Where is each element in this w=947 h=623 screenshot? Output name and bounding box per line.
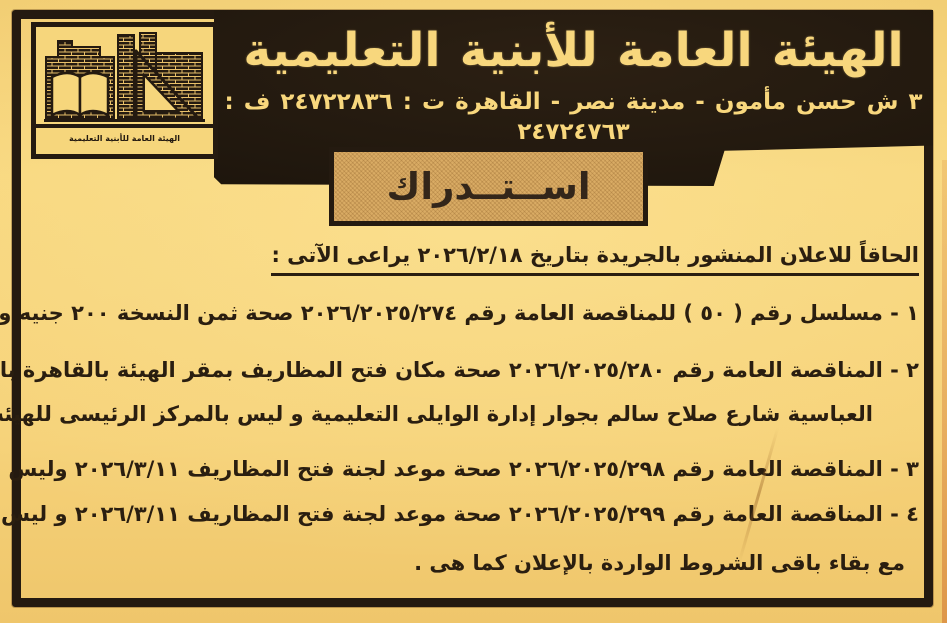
open-book-icon [52,73,108,115]
notice-item-1: ١ - مسلسل رقم ( ٥٠ ) للمناقصة العامة رقم… [0,301,919,325]
authority-logo: الهيئة العامة للأبنية التعليمية [31,22,218,159]
notice-item-3: ٣ - المناقصة العامة رقم ٢٠٢٦/٢٠٢٥/٢٩٨ صح… [0,457,919,481]
newspaper-ad: الهيئة العامة للأبنية التعليمية ٣ ش حسن … [0,0,947,623]
correction-title-box: اســتــدراك [329,147,648,226]
authority-title: الهيئة العامة للأبنية التعليمية [214,20,933,82]
notice-intro: الحاقاً للاعلان المنشور بالجريدة بتاريخ … [271,243,919,267]
logo-graphic [36,27,213,124]
notice-item-2-continuation: العباسية شارع صلاح سالم بجوار إدارة الوا… [0,402,873,426]
notice-closing: مع بقاء باقى الشروط الواردة بالإعلان كما… [414,551,905,575]
authority-address: ٣ ش حسن مأمون - مدينة نصر - القاهرة ت : … [214,87,933,147]
notice-item-2: ٢ - المناقصة العامة رقم ٢٠٢٦/٢٠٢٥/٢٨٠ صح… [0,358,919,382]
logo-caption: الهيئة العامة للأبنية التعليمية [36,124,213,150]
scan-edge-artifact [942,160,947,623]
correction-label: اســتــدراك [386,165,590,208]
notice-item-4: ٤ - المناقصة العامة رقم ٢٠٢٦/٢٠٢٥/٢٩٩ صح… [0,502,919,526]
